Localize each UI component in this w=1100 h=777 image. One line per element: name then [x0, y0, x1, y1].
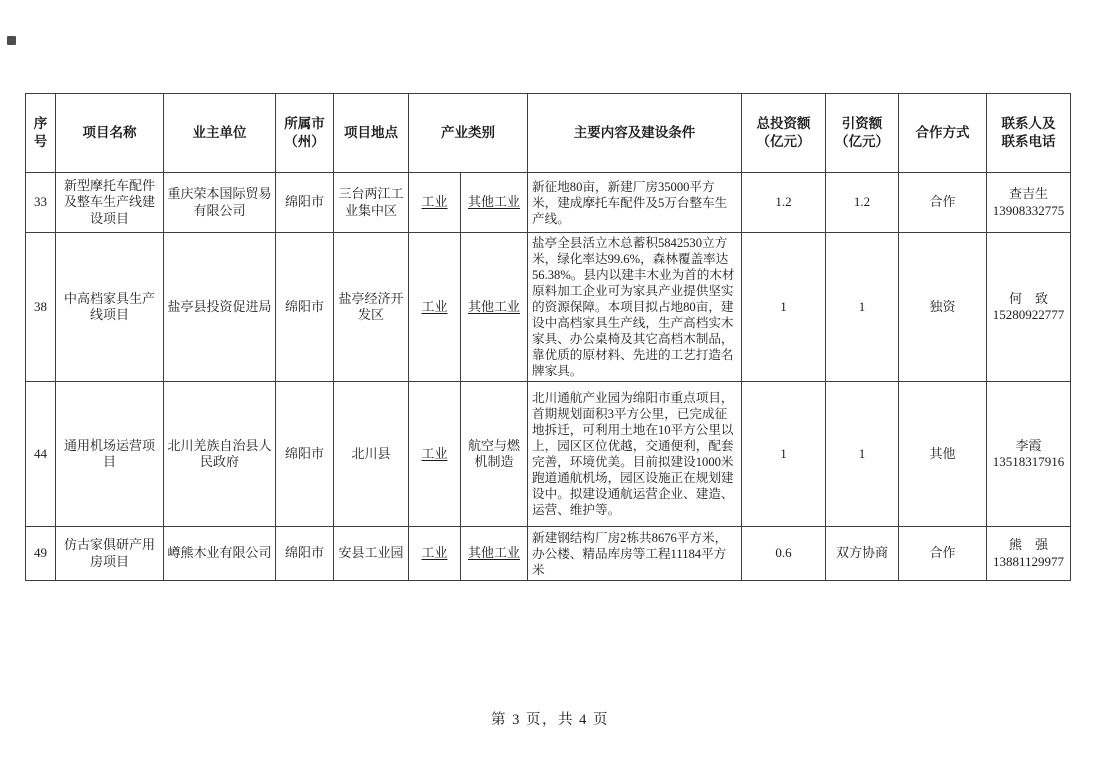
cell-attracted-investment: 双方协商	[826, 527, 899, 581]
cell-location: 北川县	[334, 382, 409, 527]
col-header-industry: 产业类别	[409, 94, 528, 173]
cell-content: 盐亭全县活立木总蓄积5842530立方米，绿化率达99.6%，森林覆盖率达56.…	[528, 233, 742, 382]
industry-main-label: 工业	[421, 446, 447, 461]
col-header-total-investment: 总投资额 （亿元）	[742, 94, 826, 173]
scan-artifact	[7, 36, 16, 45]
col-header-index: 序号	[26, 94, 56, 173]
page-number: 第 3 页，共 4 页	[0, 708, 1100, 729]
cell-contact: 查吉生 13908332775	[987, 173, 1071, 233]
cell-attracted-investment: 1	[826, 382, 899, 527]
cell-industry-sub: 航空与燃机制造	[461, 382, 528, 527]
cell-total-investment: 1.2	[742, 173, 826, 233]
col-header-content: 主要内容及建设条件	[528, 94, 742, 173]
cell-project-name: 中高档家具生产线项目	[56, 233, 164, 382]
cell-index: 44	[26, 382, 56, 527]
industry-sub-label: 其他工业	[468, 194, 520, 209]
cell-location: 安县工业园	[334, 527, 409, 581]
cell-cooperation: 独资	[899, 233, 987, 382]
header-row: 序号 项目名称 业主单位 所属市 （州） 项目地点 产业类别 主要内容及建设条件…	[26, 94, 1071, 173]
cell-project-name: 仿古家俱研产用房项目	[56, 527, 164, 581]
cell-industry-main: 工业	[409, 527, 461, 581]
cell-industry-sub: 其他工业	[461, 527, 528, 581]
cell-city: 绵阳市	[276, 382, 334, 527]
cell-content: 新建钢结构厂房2栋共8676平方米，办公楼、精品库房等工程11184平方米	[528, 527, 742, 581]
cell-cooperation: 合作	[899, 173, 987, 233]
cell-owner: 盐亭县投资促进局	[164, 233, 276, 382]
table-row: 49 仿古家俱研产用房项目 嶟熊木业有限公司 绵阳市 安县工业园 工业 其他工业…	[26, 527, 1071, 581]
projects-table: 序号 项目名称 业主单位 所属市 （州） 项目地点 产业类别 主要内容及建设条件…	[25, 93, 1071, 581]
table-row: 38 中高档家具生产线项目 盐亭县投资促进局 绵阳市 盐亭经济开发区 工业 其他…	[26, 233, 1071, 382]
cell-cooperation: 合作	[899, 527, 987, 581]
cell-attracted-investment: 1	[826, 233, 899, 382]
industry-sub-label: 其他工业	[468, 299, 520, 314]
cell-industry-main: 工业	[409, 173, 461, 233]
cell-content: 新征地80亩，新建厂房35000平方米，建成摩托车配件及5万台整车生产线。	[528, 173, 742, 233]
cell-city: 绵阳市	[276, 233, 334, 382]
cell-city: 绵阳市	[276, 527, 334, 581]
cell-contact: 何 致 15280922777	[987, 233, 1071, 382]
cell-contact: 李霞 13518317916	[987, 382, 1071, 527]
document-page: 序号 项目名称 业主单位 所属市 （州） 项目地点 产业类别 主要内容及建设条件…	[0, 0, 1100, 777]
cell-project-name: 新型摩托车配件及整车生产线建设项目	[56, 173, 164, 233]
cell-owner: 重庆荣本国际贸易有限公司	[164, 173, 276, 233]
cell-industry-main: 工业	[409, 233, 461, 382]
cell-industry-main: 工业	[409, 382, 461, 527]
industry-main-label: 工业	[421, 299, 447, 314]
cell-cooperation: 其他	[899, 382, 987, 527]
col-header-attracted-investment: 引资额 （亿元）	[826, 94, 899, 173]
cell-owner: 嶟熊木业有限公司	[164, 527, 276, 581]
table-row: 33 新型摩托车配件及整车生产线建设项目 重庆荣本国际贸易有限公司 绵阳市 三台…	[26, 173, 1071, 233]
industry-sub-label: 航空与燃机制造	[468, 438, 520, 470]
table-row: 44 通用机场运营项目 北川羌族自治县人民政府 绵阳市 北川县 工业 航空与燃机…	[26, 382, 1071, 527]
col-header-cooperation: 合作方式	[899, 94, 987, 173]
cell-location: 盐亭经济开发区	[334, 233, 409, 382]
col-header-owner: 业主单位	[164, 94, 276, 173]
cell-contact: 熊 强 13881129977	[987, 527, 1071, 581]
cell-industry-sub: 其他工业	[461, 233, 528, 382]
col-header-location: 项目地点	[334, 94, 409, 173]
cell-total-investment: 1	[742, 382, 826, 527]
cell-attracted-investment: 1.2	[826, 173, 899, 233]
col-header-city: 所属市 （州）	[276, 94, 334, 173]
cell-total-investment: 0.6	[742, 527, 826, 581]
cell-industry-sub: 其他工业	[461, 173, 528, 233]
cell-city: 绵阳市	[276, 173, 334, 233]
industry-main-label: 工业	[421, 545, 447, 560]
cell-index: 49	[26, 527, 56, 581]
industry-sub-label: 其他工业	[468, 545, 520, 560]
col-header-contact: 联系人及 联系电话	[987, 94, 1071, 173]
cell-owner: 北川羌族自治县人民政府	[164, 382, 276, 527]
cell-location: 三台两江工业集中区	[334, 173, 409, 233]
industry-main-label: 工业	[421, 194, 447, 209]
cell-index: 33	[26, 173, 56, 233]
cell-total-investment: 1	[742, 233, 826, 382]
col-header-project-name: 项目名称	[56, 94, 164, 173]
cell-project-name: 通用机场运营项目	[56, 382, 164, 527]
cell-index: 38	[26, 233, 56, 382]
cell-content: 北川通航产业园为绵阳市重点项目，首期规划面积3平方公里，已完成征地拆迁，可利用土…	[528, 382, 742, 527]
